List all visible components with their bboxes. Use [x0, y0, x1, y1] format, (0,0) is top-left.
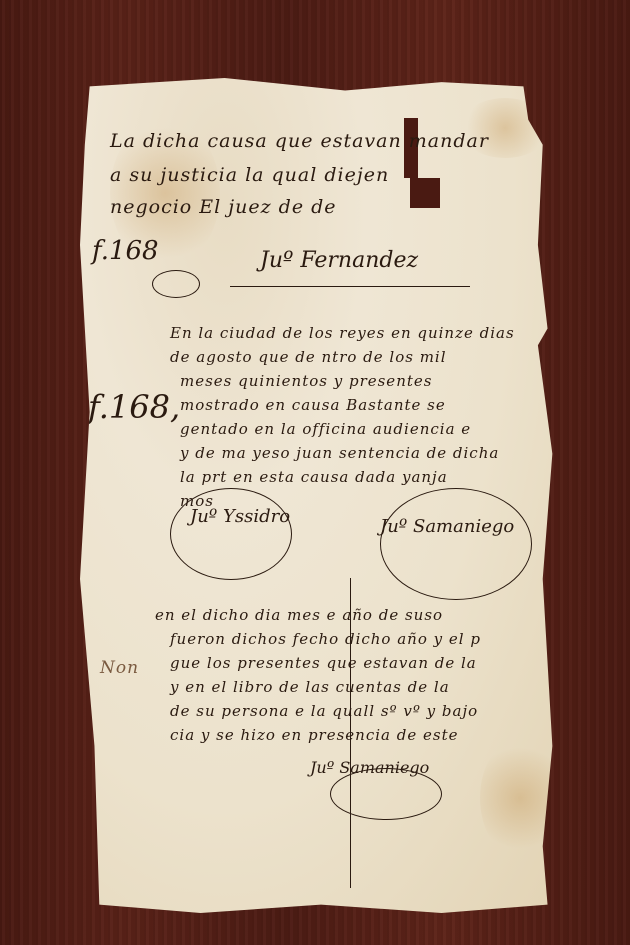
paper-hole	[410, 178, 440, 208]
script-line: a su justicia la qual diejen	[110, 164, 389, 186]
script-line: fueron dichos fecho dicho año y el p	[170, 630, 481, 648]
script-line: de agosto que de ntro de los mil	[170, 348, 447, 366]
script-line: meses quinientos y presentes	[180, 372, 432, 390]
script-line: mostrado en causa Bastante se	[180, 396, 446, 414]
bleed-through-text	[100, 528, 105, 544]
script-line: cia y se hizo en presencia de este	[170, 726, 458, 744]
signature: Juº Fernandez	[260, 248, 418, 273]
flourish	[170, 488, 292, 580]
script-line: y en el libro de las cuentas de la	[170, 678, 450, 696]
flourish	[152, 270, 200, 298]
script-line: gentado en la officina audiencia e	[180, 420, 471, 438]
manuscript-page: La dicha causa que estavan mandar a su j…	[80, 78, 562, 913]
signature-rule	[230, 286, 470, 287]
flourish	[380, 488, 532, 600]
margin-note: Non	[100, 658, 139, 678]
folio-number: f.168,	[88, 388, 180, 426]
script-line: En la ciudad de los reyes en quinze dias	[170, 324, 515, 342]
script-line: negocio El juez de de	[110, 196, 337, 218]
script-line: en el dicho dia mes e año de suso	[155, 606, 443, 624]
script-line: la prt en esta causa dada yanja	[180, 468, 448, 486]
script-line: de su persona e la quall sº vº y bajo	[170, 702, 478, 720]
script-line: y de ma yeso juan sentencia de dicha	[180, 444, 499, 462]
script-line: La dicha causa que estavan mandar	[110, 130, 489, 152]
flourish	[330, 768, 442, 820]
folio-number: f.168	[92, 236, 159, 266]
script-line: gue los presentes que estavan de la	[170, 654, 477, 672]
